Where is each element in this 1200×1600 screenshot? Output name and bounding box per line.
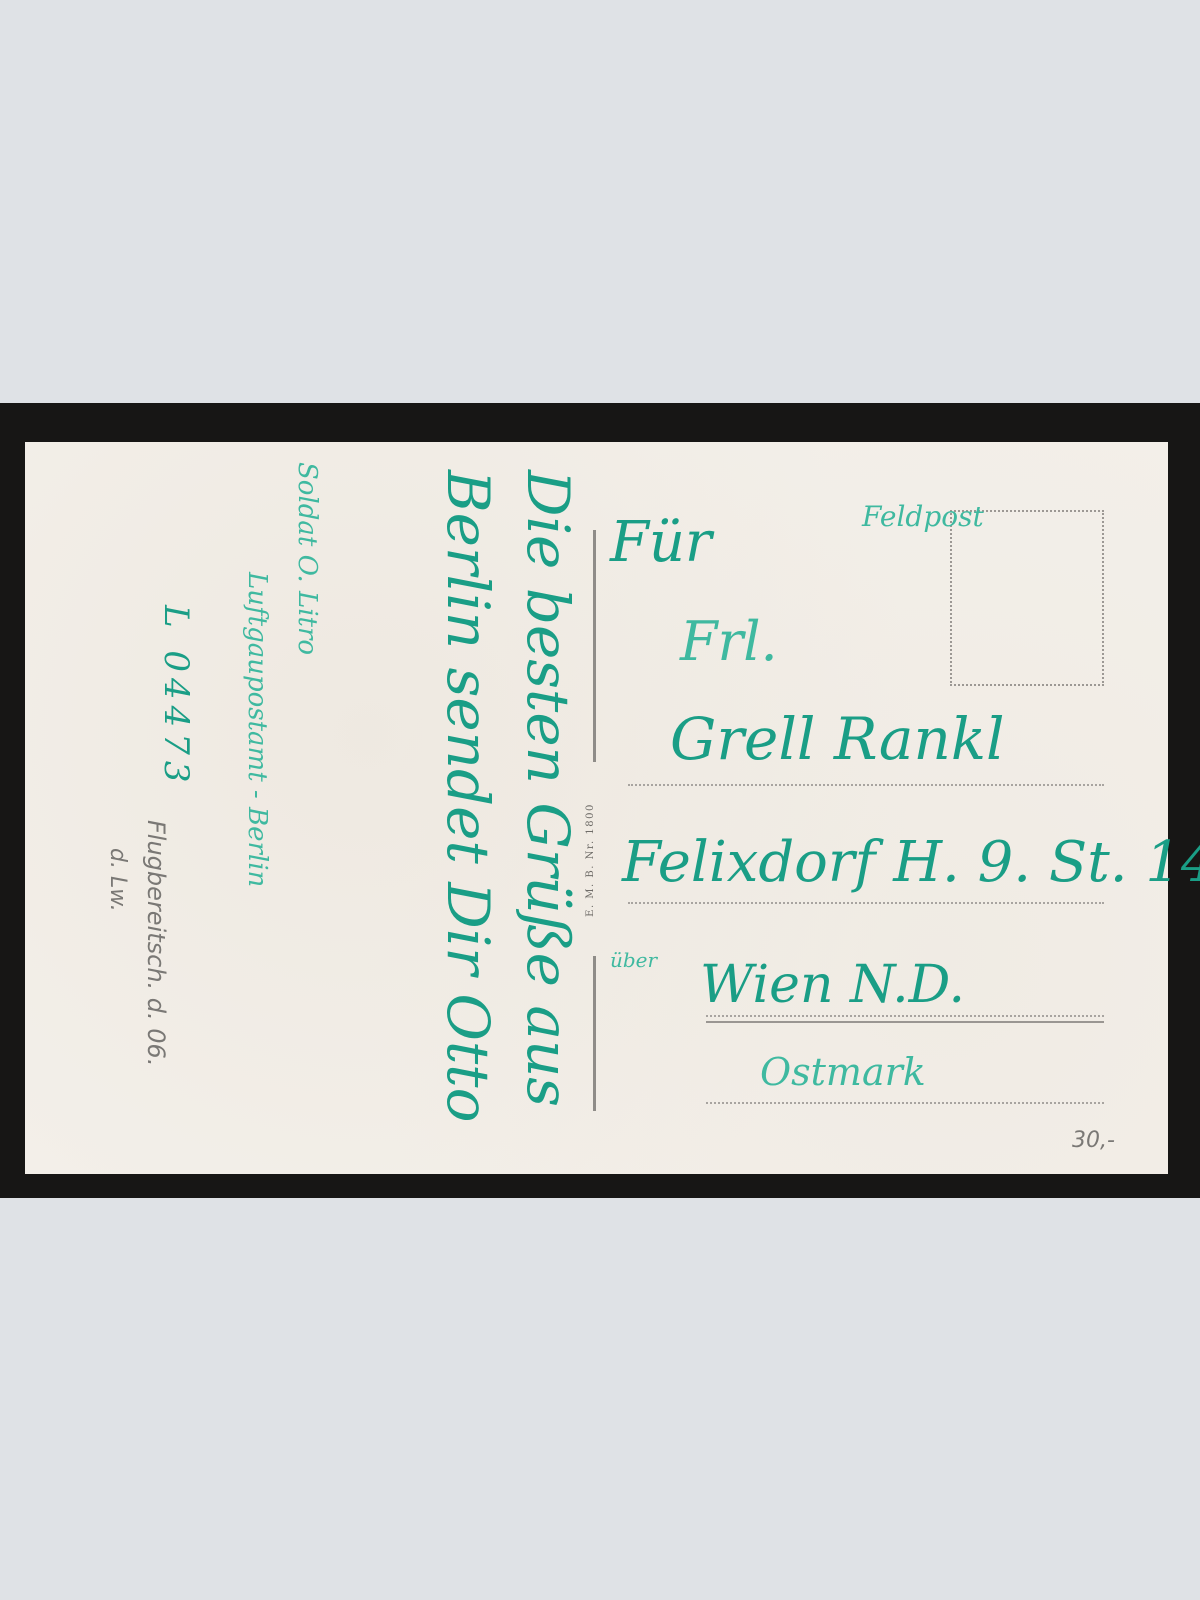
address-line-3-solid xyxy=(706,1021,1104,1023)
pencil-unit-note: Flugbereitsch. d. 06. xyxy=(142,820,170,1066)
center-divider-top xyxy=(593,530,596,762)
message-line-2: Berlin sendet Dir Otto xyxy=(434,470,502,1123)
address-region: Ostmark xyxy=(760,1050,926,1094)
pencil-unit-suffix: d. Lw. xyxy=(105,848,130,912)
address-city: Wien N.D. xyxy=(700,955,965,1015)
sender-line-3: L 04473 xyxy=(156,605,196,789)
address-title: Frl. xyxy=(680,610,778,673)
center-divider-bottom xyxy=(593,956,596,1111)
stamp-box xyxy=(950,510,1104,686)
address-line-2 xyxy=(628,902,1104,904)
postal-note-feldpost: Feldpost xyxy=(862,500,984,533)
pencil-price: 30,- xyxy=(1072,1128,1115,1153)
address-street-town: Felixdorf H. 9. St. 14 xyxy=(622,830,1200,895)
printer-mark: E. M. B. Nr. 1800 xyxy=(585,775,601,945)
sender-line-2: Luftgaupostamt - Berlin xyxy=(242,572,272,887)
address-name: Grell Rankl xyxy=(670,705,1005,773)
message-line-1: Die besten Grüße aus xyxy=(514,470,582,1107)
address-line-4 xyxy=(706,1102,1104,1104)
address-via: über xyxy=(610,948,657,972)
address-prefix: Für xyxy=(610,510,712,575)
sender-line-1: Soldat O. Litro xyxy=(292,462,322,655)
address-line-1 xyxy=(628,784,1104,786)
address-line-3-dotted xyxy=(706,1015,1104,1017)
